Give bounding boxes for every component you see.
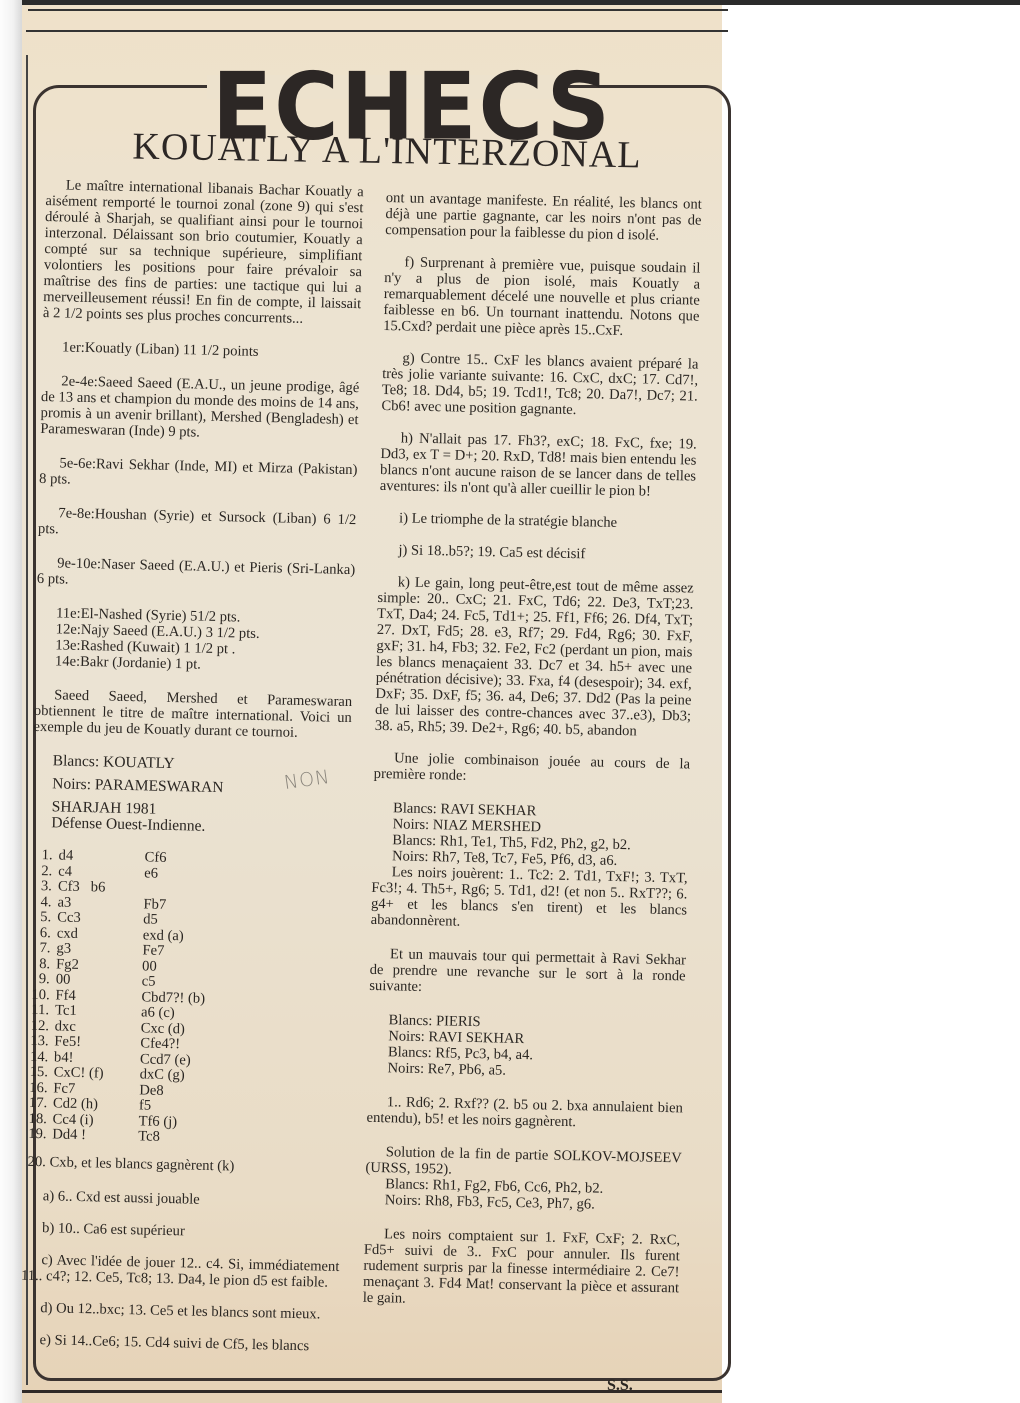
annotation-note: ont un avantage manifeste. En réalité, l… [385,190,702,245]
standing-entry: 7e-8e:Houshan (Syrie) et Sursock (Liban)… [38,505,357,544]
standing-rank: 9e-10e: [57,555,101,572]
standing-rank: 1er: [62,339,85,356]
annotation-note: h) N'allait pas 17. Fh3?, exC; 18. FxC, … [380,430,697,501]
author-signature: S.S. [607,1377,633,1395]
standing-rank: 5e-6e: [59,455,96,472]
annotation-note: e) Si 14..Ce6; 15. Cd4 suivi de Cf5, les… [19,1331,337,1354]
titles-paragraph: Saeed Saeed, Mershed et Parameswaran obt… [33,687,352,742]
annotation-note: j) Si 18..b5?; 19. Ca5 est décisif [378,542,694,565]
notes-left: a) 6.. Cxd est aussi jouableb) 10.. Ca6 … [19,1187,341,1354]
standing-rank: 2e-4e: [61,373,98,390]
standing-rank: 11e: [56,605,81,622]
notes-right: ont un avantage manifeste. En réalité, l… [375,190,702,740]
move-number: 1. [34,847,52,863]
move-list: 1.d4Cf62.c4e63.Cf3 b64.a3Fb75.Cc3d56.cxd… [28,847,349,1149]
top-rule-2 [26,30,728,32]
move-number: 8. [32,955,50,971]
standing-rank: 12e: [56,621,81,638]
standing-text: Kouatly (Liban) 11 1/2 points [85,340,259,360]
combination2-intro: Et un mauvais tour qui permettait à Ravi… [369,946,686,1001]
final-move: 20. Cxb, et les blancs gagnèrent (k) [27,1153,341,1176]
standing-text: Bakr (Jordanie) 1 pt. [80,654,201,673]
annotation-note: i) Le triomphe de la stratégie blanche [379,510,695,533]
move-number: 10. [31,986,49,1002]
combination2-moves: 1.. Rd6; 2. Rxf?? (2. b5 ou 2. bxa annul… [366,1094,683,1133]
newspaper-clipping: ECHECS KOUATLY A L'INTERZONAL Le maître … [22,5,722,1403]
move-number: 14. [30,1048,48,1064]
intro-paragraph: Le maître international libanais Bachar … [43,177,364,328]
move-number: 11. [31,1002,49,1018]
move-number: 7. [32,940,50,956]
move-number: 13. [30,1033,48,1049]
standing-rank: 13e: [55,637,80,654]
headline: KOUATLY A L'INTERZONAL [122,124,653,177]
move-number: 6. [33,924,51,940]
standing-entry: 1er:Kouatly (Liban) 11 1/2 points [42,339,360,362]
move-number: 3. [34,878,52,894]
standing-rank: 7e-8e: [58,505,95,522]
standing-entry: 5e-6e:Ravi Sekhar (Inde, MI) et Mirza (P… [39,455,358,494]
annotation-note: b) 10.. Ca6 est supérieur [22,1219,340,1242]
move-number: 15. [30,1064,48,1080]
move-number: 19. [28,1126,46,1142]
white-move: Dd4 ! [46,1126,138,1144]
right-column: ont un avantage manifeste. En réalité, l… [362,190,702,1330]
annotation-note: c) Avec l'idée de jouer 12.. c4. Si, imm… [21,1251,340,1290]
move-number: 4. [33,893,51,909]
move-number: 12. [31,1017,49,1033]
annotation-note: f) Surprenant à première vue, puisque so… [383,254,701,341]
combination1-moves: Les noirs jouèrent: 1.. Tc2: 2. Td1, TxF… [371,864,688,935]
move-number: 18. [28,1110,46,1126]
standing-entry: 9e-10e:Naser Saeed (E.A.U.) et Pieris (S… [37,555,356,594]
standing-rank: 14e: [55,653,80,670]
annotation-note: d) Ou 12..bxc; 13. Ce5 et les blancs son… [20,1299,338,1322]
scanner-left-edge [0,0,22,1403]
black-move: Tc8 [138,1128,342,1148]
annotation-note: g) Contre 15.. CxF les blancs avaient pr… [381,350,698,421]
standing-entry: 2e-4e:Saeed Saeed (E.A.U., un jeune prod… [40,373,359,444]
move-number: 17. [29,1095,47,1111]
annotation-note: k) Le gain, long peut-être,est tout de m… [375,574,694,741]
move-number: 9. [32,971,50,987]
annotation-note: a) 6.. Cxd est aussi jouable [23,1187,341,1210]
move-number: 5. [33,909,51,925]
top-rule [28,9,728,11]
solution-text: Les noirs comptaient sur 1. FxF, CxF; 2.… [363,1226,681,1313]
combination1-intro: Une jolie combinaison jouée au cours de … [374,750,691,789]
move-number: 2. [34,862,52,878]
standings: 1er:Kouatly (Liban) 11 1/2 points2e-4e:S… [35,339,360,676]
move-number: 16. [29,1079,47,1095]
